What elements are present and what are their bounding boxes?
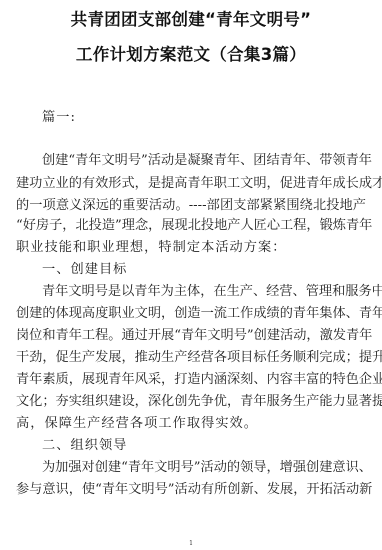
document-title-line-1: 共青团团支部创建“青年文明号”: [0, 6, 382, 30]
paragraph-line: 参与意识，使“青年文明号”活动有所创新、发展，开拓活动新: [16, 478, 366, 497]
paragraph-line: 为加强对创建“青年文明号”活动的领导，增强创建意识、: [42, 456, 366, 475]
heading-organization-leadership: 二、组织领导: [42, 434, 366, 453]
paragraph-line: 岗位和青年工程。通过开展“青年文明号”创建活动，激发青年: [16, 324, 366, 343]
paragraph-line: 青年文明号是以青年为主体，在生产、经营、管理和服务中: [42, 280, 366, 299]
paragraph-line: 干劲，促生产发展，推动生产经营各项目标任务顺利完成；提升: [16, 346, 366, 365]
document-title-line-2: 工作计划方案范文（合集3篇）: [0, 41, 382, 65]
paragraph-line: 创建“青年文明号”活动是凝聚青年、团结青年、带领青年: [42, 149, 366, 168]
paragraph-line: “好房子，北投造”理念，展现北投地产人匠心工程，锻炼青年: [16, 214, 366, 233]
paragraph-line: 创建的体现高度职业文明，创造一流工作成绩的青年集体、青年: [16, 302, 366, 321]
paragraph-line: 职业技能和职业理想，特制定本活动方案：: [16, 236, 366, 255]
paragraph-line: 建功立业的有效形式，是提高青年职工文明，促进青年成长成才: [16, 172, 366, 191]
paragraph-line: 青年素质，展现青年风采，打造内涵深刻、内容丰富的特色企业: [16, 368, 366, 387]
paragraph-line: 的一项意义深远的重要活动。----部团支部紧紧围绕北投地产: [16, 194, 366, 213]
page-number: 1: [0, 540, 382, 547]
paragraph-line: 高，保障生产经营各项工作取得实效。: [16, 412, 366, 431]
paragraph-line: 文化；夯实组织建设，深化创先争优，青年服务生产能力显著提: [16, 390, 366, 409]
heading-creation-goals: 一、创建目标: [42, 258, 366, 277]
section-label: 篇一:: [42, 106, 366, 125]
